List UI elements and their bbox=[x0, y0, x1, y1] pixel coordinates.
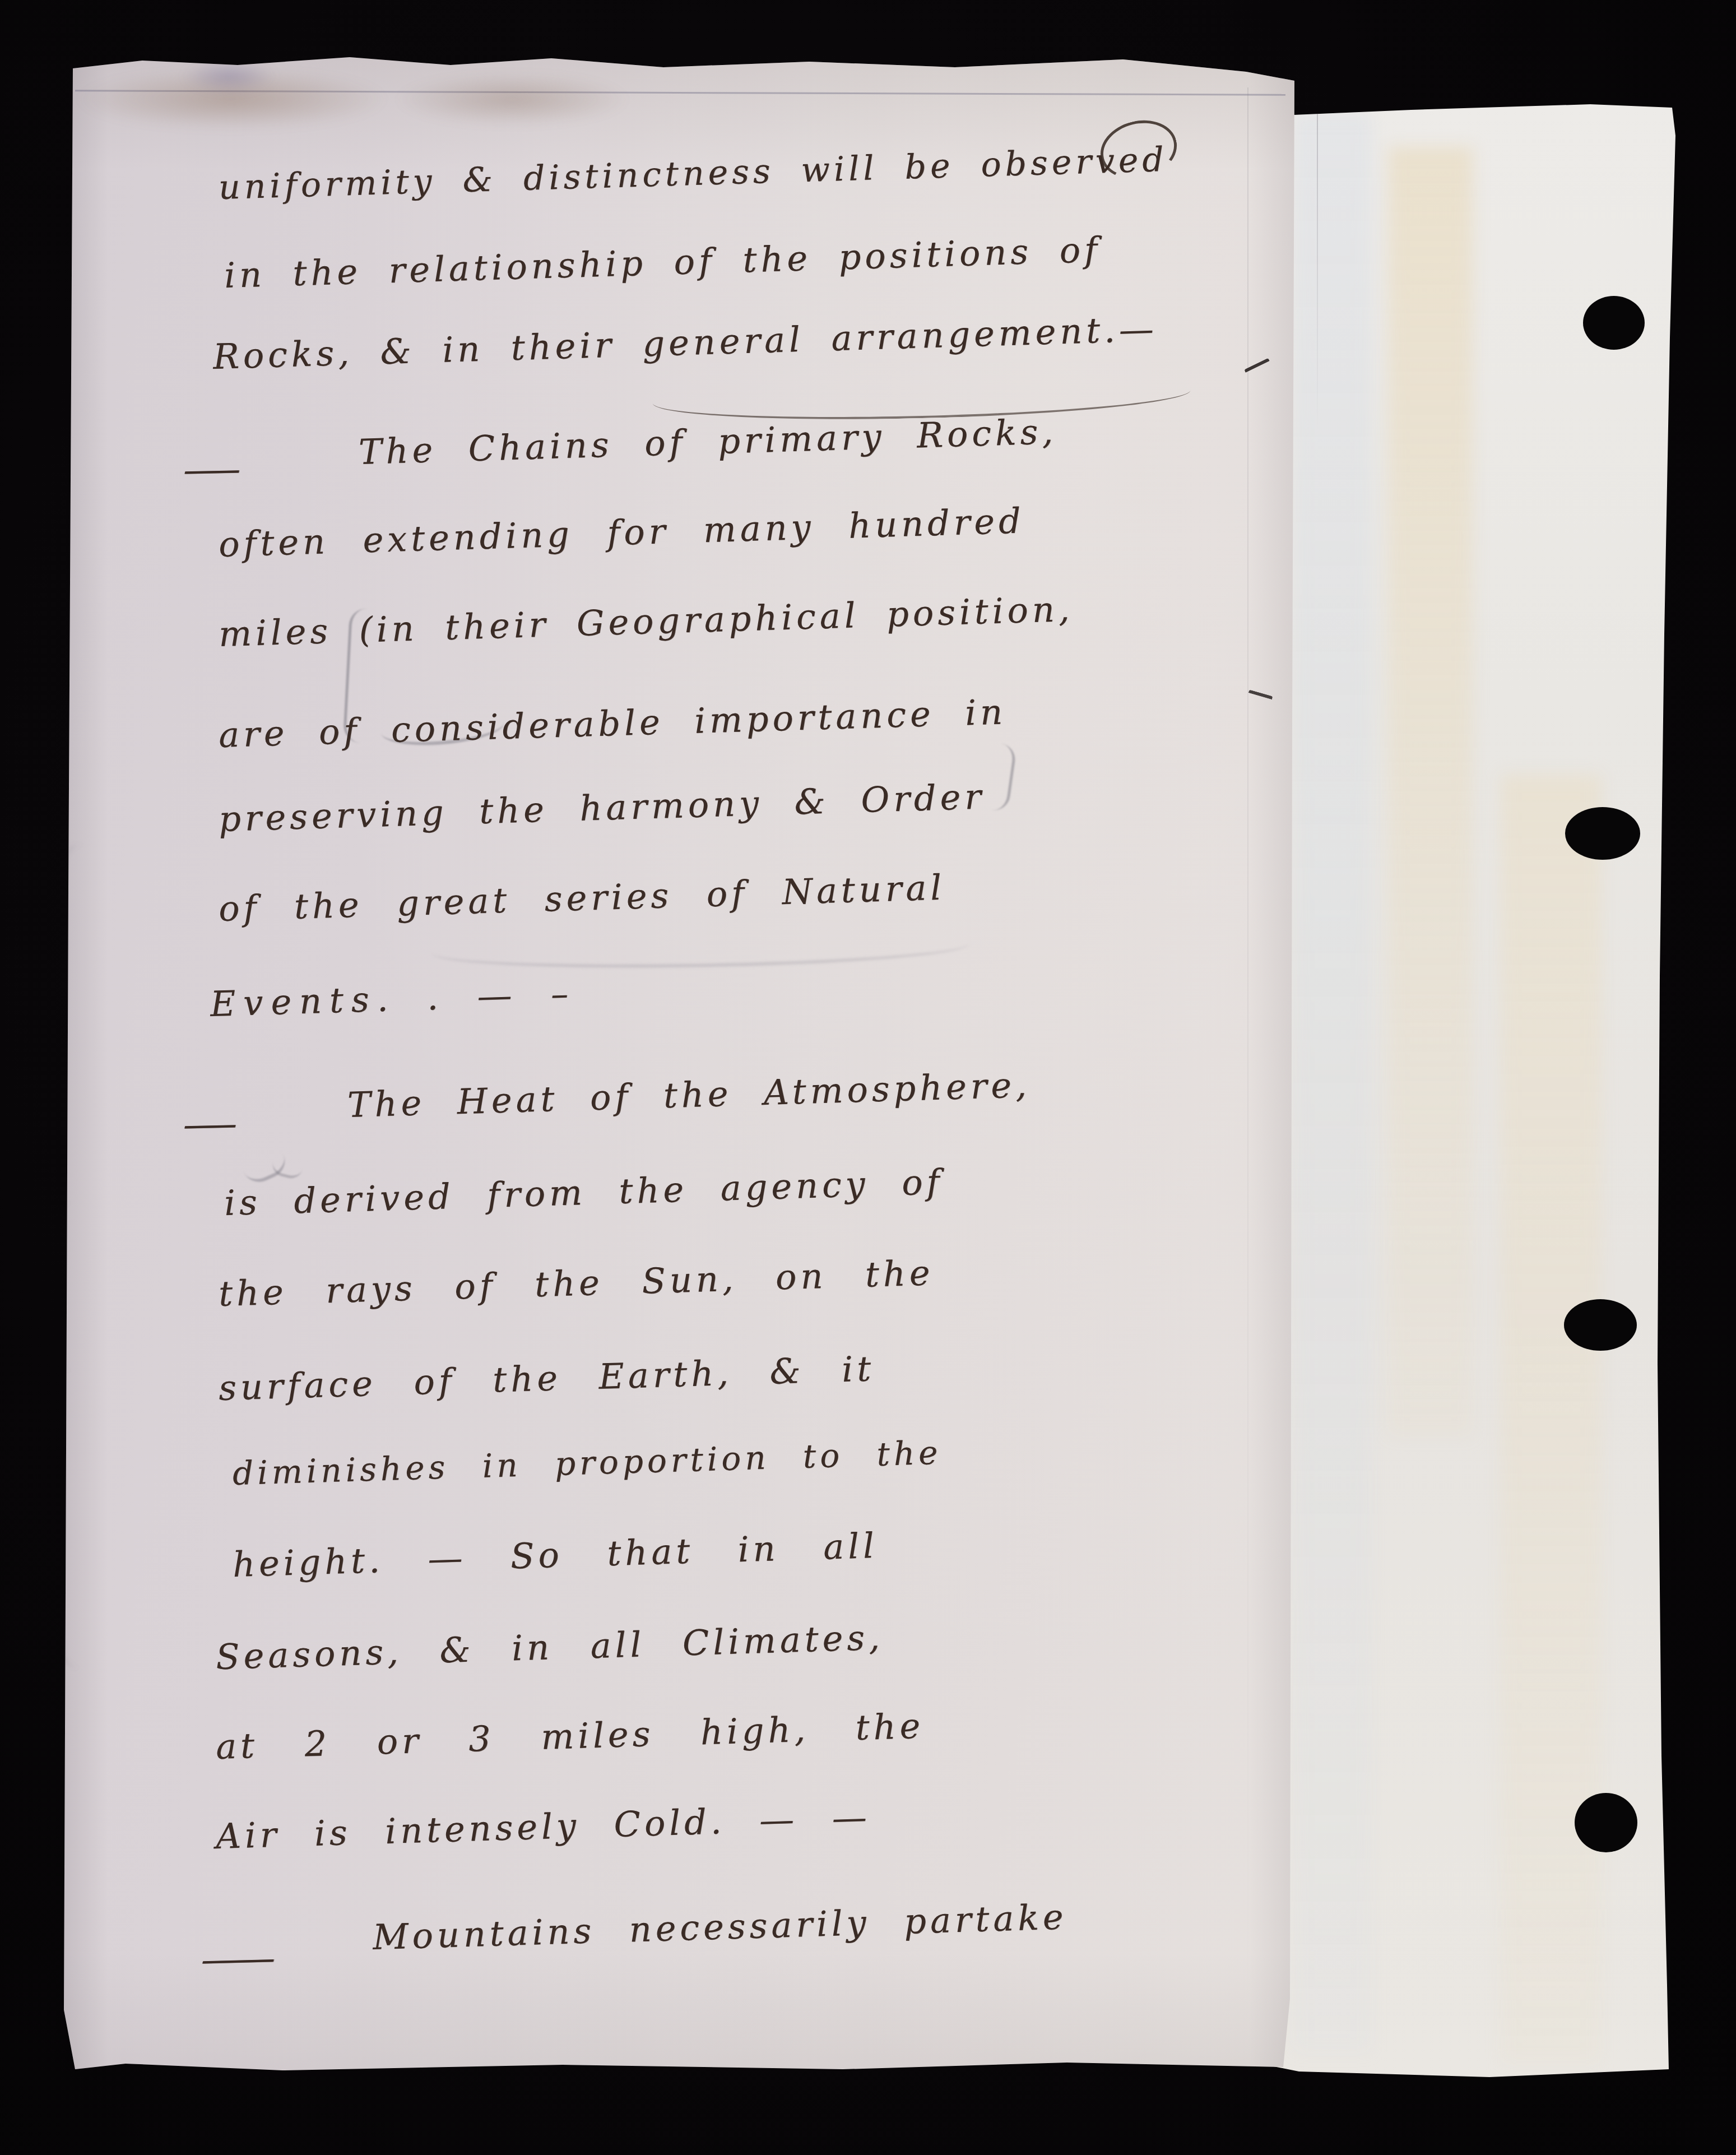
ghost-showthrough bbox=[47, 452, 96, 631]
photograph-stage: uniformity & distinctness will be observ… bbox=[0, 0, 1736, 2155]
toning-streak bbox=[1389, 147, 1473, 1436]
backing-sheet bbox=[1254, 102, 1675, 2079]
toning-streak bbox=[1293, 113, 1372, 2052]
fold-line bbox=[1247, 87, 1248, 2038]
paragraph-dash: — bbox=[181, 447, 243, 492]
fold-line bbox=[1317, 108, 1318, 433]
punch-hole bbox=[1583, 296, 1645, 350]
punch-hole bbox=[1565, 807, 1640, 860]
ghost-showthrough bbox=[50, 1203, 97, 1371]
punch-hole bbox=[1575, 1793, 1637, 1852]
top-edge-smudge bbox=[182, 59, 277, 93]
top-edge-smudge bbox=[394, 73, 630, 126]
punch-hole bbox=[1564, 1299, 1637, 1351]
paragraph-dash: — bbox=[197, 1936, 279, 1981]
toning-streak bbox=[1501, 775, 1602, 2064]
paragraph-dash: — bbox=[181, 1102, 239, 1146]
